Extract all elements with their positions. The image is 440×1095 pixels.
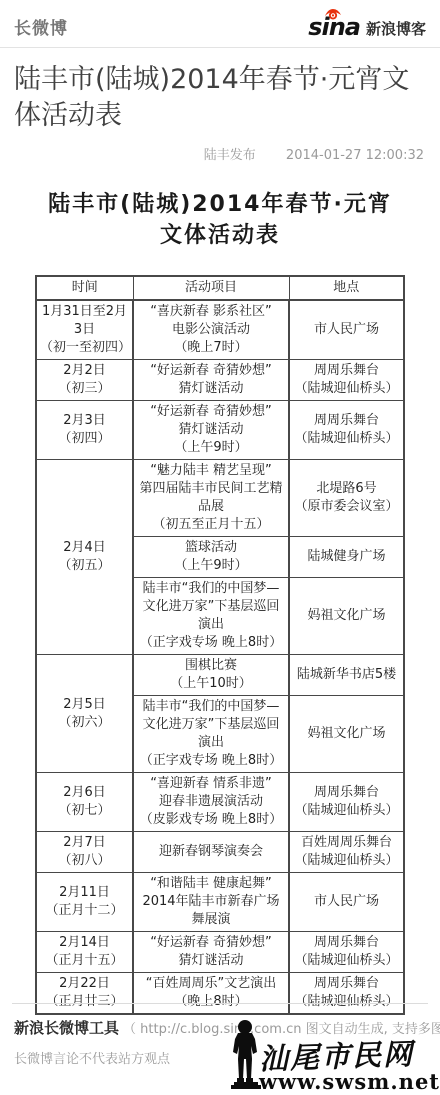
activity-table: 时间 活动项目 地点 1月31日至2月3日 （初一至初四） “喜庆新春 影系社区… [35, 275, 405, 1015]
author-name: 陆丰发布 [204, 148, 256, 163]
sheet-title-line1: 陆丰市(陆城)2014年春节·元宵 [0, 189, 440, 220]
sheet-title: 陆丰市(陆城)2014年春节·元宵 文体活动表 [0, 189, 440, 251]
activity-cell: “喜庆新春 影系社区” 电影公演活动 （晚上7时） [133, 300, 289, 360]
time-cell: 1月31日至2月3日 （初一至初四） [36, 300, 133, 360]
person-silhouette-icon [229, 1019, 263, 1093]
activity-cell: “魅力陆丰 精艺呈现” 第四届陆丰市民间工艺精品展 （初五至正月十五） [133, 460, 289, 537]
sina-eye-icon [324, 6, 342, 25]
location-cell: 周周乐舞台 （陆城迎仙桥头） [289, 773, 404, 832]
sina-blog-label: 新浪博客 [366, 18, 426, 39]
time-cell: 2月7日 （初八） [36, 832, 133, 873]
table-row: 1月31日至2月3日 （初一至初四） “喜庆新春 影系社区” 电影公演活动 （晚… [36, 300, 404, 360]
tool-name-label: 新浪长微博工具 [14, 1019, 119, 1037]
activity-cell: 陆丰市“我们的中国梦—文化进万家”下基层巡回演出 （正字戏专场 晚上8时） [133, 696, 289, 773]
activity-cell: 围棋比赛 （上午10时） [133, 655, 289, 696]
col-header-time: 时间 [36, 276, 133, 300]
time-cell: 2月4日 （初五） [36, 460, 133, 655]
location-cell: 妈祖文化广场 [289, 578, 404, 655]
col-header-activity: 活动项目 [133, 276, 289, 300]
watermark-site-name: 汕尾市民网 [259, 1038, 440, 1074]
location-cell: 陆城健身广场 [289, 537, 404, 578]
time-cell: 2月5日 （初六） [36, 655, 133, 773]
activity-cell: “喜迎新春 情系非遗” 迎春非遗展演活动 （皮影戏专场 晚上8时） [133, 773, 289, 832]
page-brand-label: 长微博 [14, 14, 68, 39]
location-cell: 周周乐舞台 （陆城迎仙桥头） [289, 401, 404, 460]
activity-cell: “好运新春 奇猜妙想” 猜灯谜活动 [133, 360, 289, 401]
table-row: 2月2日 （初三） “好运新春 奇猜妙想” 猜灯谜活动 周周乐舞台 （陆城迎仙桥… [36, 360, 404, 401]
activity-cell: 陆丰市“我们的中国梦—文化进万家”下基层巡回演出 （正字戏专场 晚上8时） [133, 578, 289, 655]
location-cell: 市人民广场 [289, 300, 404, 360]
activity-sheet-image: 陆丰市(陆城)2014年春节·元宵 文体活动表 时间 活动项目 地点 1月31日… [0, 189, 440, 1015]
table-row: 2月5日 （初六） 围棋比赛 （上午10时） 陆城新华书店5楼 [36, 655, 404, 696]
sheet-title-line2: 文体活动表 [0, 220, 440, 251]
table-row: 2月6日 （初七） “喜迎新春 情系非遗” 迎春非遗展演活动 （皮影戏专场 晚上… [36, 773, 404, 832]
time-cell: 2月14日 （正月十五） [36, 932, 133, 973]
location-cell: 妈祖文化广场 [289, 696, 404, 773]
activity-cell: 篮球活动 （上午9时） [133, 537, 289, 578]
time-cell: 2月11日 （正月十二） [36, 873, 133, 932]
activity-cell: 迎新春钢琴演奏会 [133, 832, 289, 873]
location-cell: 市人民广场 [289, 873, 404, 932]
byline: 陆丰发布 2014-01-27 12:00:32 [16, 144, 424, 163]
location-cell: 陆城新华书店5楼 [289, 655, 404, 696]
footer-divider [12, 1003, 428, 1004]
table-row: 2月3日 （初四） “好运新春 奇猜妙想” 猜灯谜活动 （上午9时） 周周乐舞台… [36, 401, 404, 460]
post-title: 陆丰市(陆城)2014年春节·元宵文体活动表 [14, 62, 426, 134]
site-watermark: 汕尾市民网 www.swsm.net [229, 1019, 440, 1093]
time-cell: 2月3日 （初四） [36, 401, 133, 460]
post-timestamp: 2014-01-27 12:00:32 [286, 148, 424, 163]
col-header-location: 地点 [289, 276, 404, 300]
time-cell: 2月6日 （初七） [36, 773, 133, 832]
sina-blog-logo[interactable]: sina 新浪博客 [308, 14, 426, 39]
time-cell: 2月2日 （初三） [36, 360, 133, 401]
table-row: 2月11日 （正月十二） “和谐陆丰 健康起舞” 2014年陆丰市新春广场舞展演… [36, 873, 404, 932]
table-row: 2月14日 （正月十五） “好运新春 奇猜妙想” 猜灯谜活动 周周乐舞台 （陆城… [36, 932, 404, 973]
top-bar: 长微博 sina 新浪博客 [0, 0, 440, 48]
location-cell: 周周乐舞台 （陆城迎仙桥头） [289, 932, 404, 973]
location-cell: 百姓周周乐舞台 （陆城迎仙桥头） [289, 832, 404, 873]
activity-cell: “好运新春 奇猜妙想” 猜灯谜活动 （上午9时） [133, 401, 289, 460]
table-row: 2月4日 （初五） “魅力陆丰 精艺呈现” 第四届陆丰市民间工艺精品展 （初五至… [36, 460, 404, 537]
note-prefix: （ [123, 1022, 140, 1037]
table-header-row: 时间 活动项目 地点 [36, 276, 404, 300]
location-cell: 北堤路6号 （原市委会议室） [289, 460, 404, 537]
activity-cell: “好运新春 奇猜妙想” 猜灯谜活动 [133, 932, 289, 973]
long-weibo-page: 长微博 sina 新浪博客 陆丰市(陆城)2014年春节·元宵文体活动表 陆丰发… [0, 0, 440, 1095]
location-cell: 周周乐舞台 （陆城迎仙桥头） [289, 360, 404, 401]
table-row: 2月7日 （初八） 迎新春钢琴演奏会 百姓周周乐舞台 （陆城迎仙桥头） [36, 832, 404, 873]
activity-cell: “和谐陆丰 健康起舞” 2014年陆丰市新春广场舞展演 [133, 873, 289, 932]
